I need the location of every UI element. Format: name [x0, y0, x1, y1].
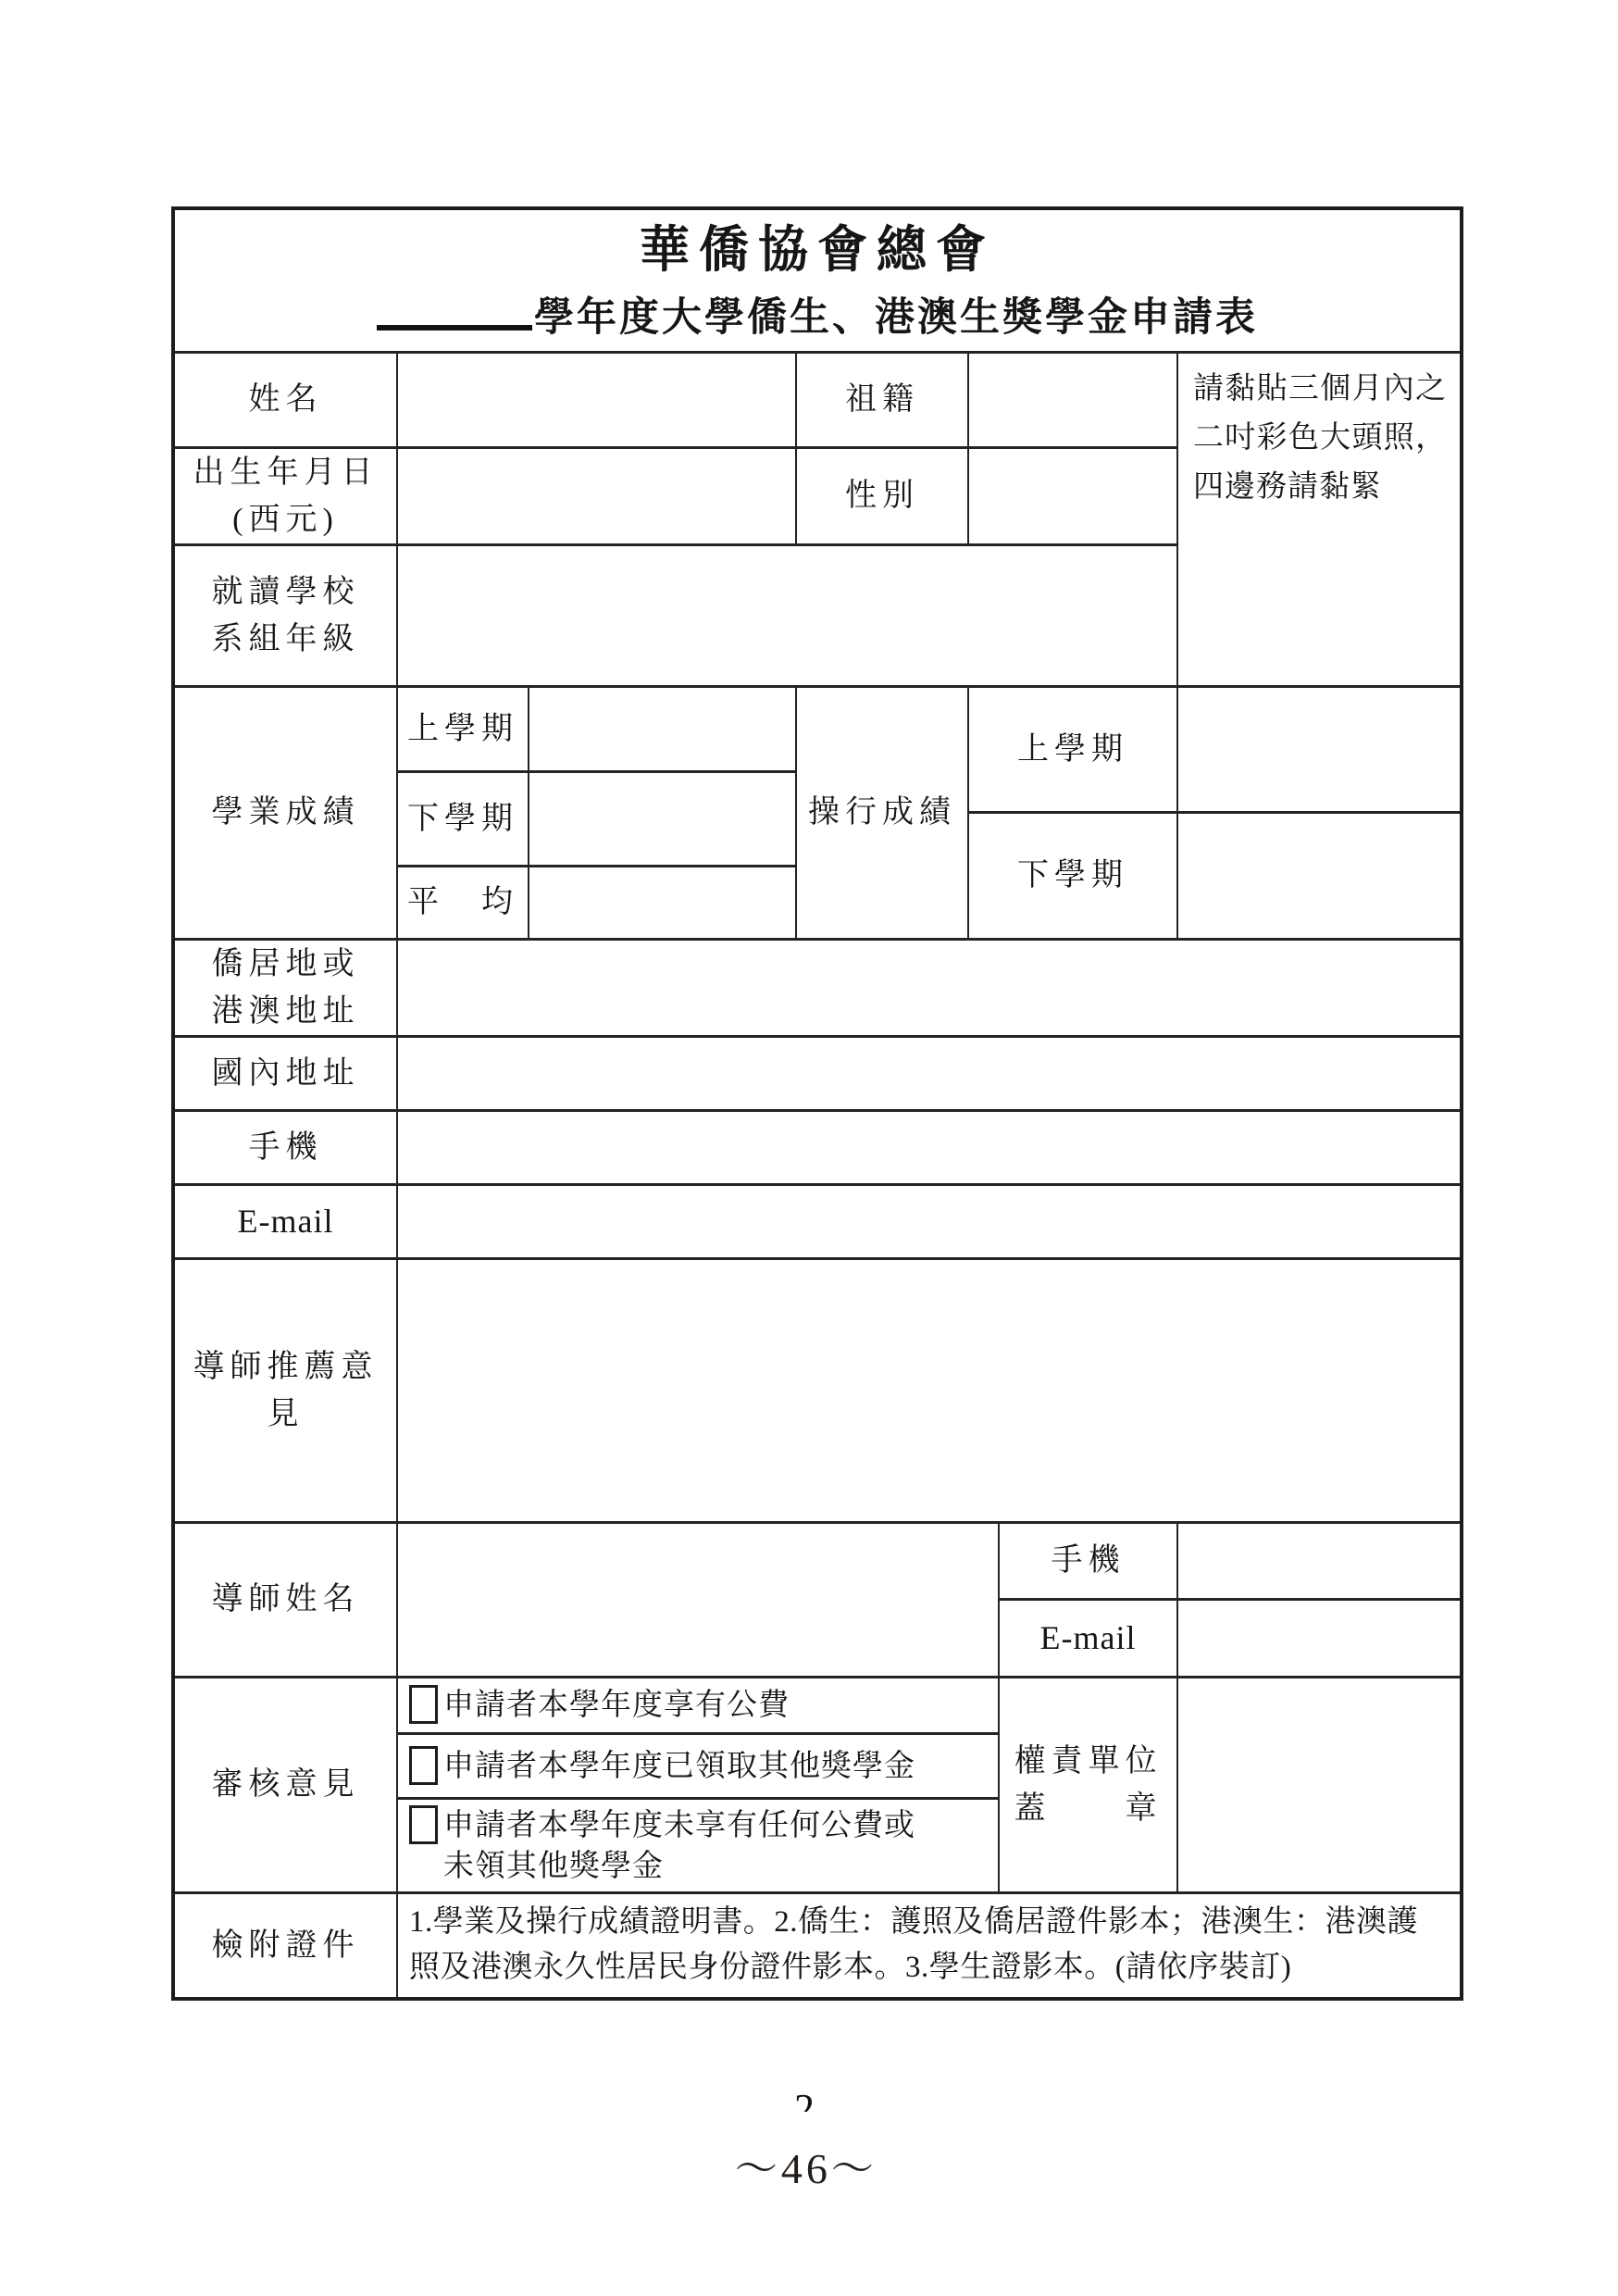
- advisor-recommendation-label: 導師推薦意見: [173, 1258, 397, 1522]
- review-option-3-label: 申請者本學年度未享有任何公費或未領其他獎學金: [443, 1803, 927, 1888]
- ancestral-home-value-cell[interactable]: [968, 352, 1177, 447]
- conduct-sem1-value-cell[interactable]: [1177, 686, 1462, 812]
- conduct-grades-label: 操行成績: [796, 686, 968, 939]
- conduct-sem2-label: 下學期: [968, 812, 1177, 939]
- review-option-2-checkbox[interactable]: [409, 1746, 438, 1785]
- stamp-label: 權責單位 蓋 章: [999, 1677, 1177, 1892]
- name-value-cell[interactable]: [397, 352, 796, 447]
- domestic-address-label: 國內地址: [173, 1036, 397, 1110]
- conduct-sem2-value-cell[interactable]: [1177, 812, 1462, 939]
- review-option-1-cell: 申請者本學年度享有公費: [397, 1677, 999, 1733]
- academic-grades-label: 學業成績: [173, 686, 397, 939]
- advisor-recommendation-value-cell[interactable]: [397, 1258, 1462, 1522]
- academic-average-value-cell[interactable]: [529, 866, 796, 939]
- review-option-3-checkbox[interactable]: [409, 1805, 438, 1844]
- advisor-mobile-label: 手機: [999, 1522, 1177, 1599]
- attachments-label: 檢附證件: [173, 1892, 397, 1999]
- email-value-cell[interactable]: [397, 1184, 1462, 1258]
- scholarship-application-form: 華僑協會總會 學年度大學僑生、港澳生獎學金申請表 姓名 祖籍 請黏貼三個月內之二…: [171, 206, 1463, 2001]
- birth-date-label: 出生年月日 (西元): [173, 447, 397, 544]
- academic-sem1-label: 上學期: [397, 686, 529, 771]
- attachments-note: 1.學業及操行成績證明書。2.僑生：護照及僑居證件影本；港澳生：港澳護照及港澳永…: [409, 1900, 1449, 1991]
- ancestral-home-label: 祖籍: [796, 352, 968, 447]
- review-option-2-cell: 申請者本學年度已領取其他獎學金: [397, 1733, 999, 1798]
- year-blank-underline[interactable]: [377, 325, 532, 331]
- form-title: 學年度大學僑生、港澳生獎學金申請表: [175, 286, 1460, 343]
- org-title: 華僑協會總會: [175, 221, 1460, 279]
- advisor-email-label: E-mail: [999, 1599, 1177, 1677]
- overseas-address-label: 僑居地或 港澳地址: [173, 939, 397, 1036]
- stray-digit: 2: [794, 2089, 826, 2112]
- review-option-2-label: 申請者本學年度已領取其他獎學金: [443, 1744, 915, 1788]
- gender-label: 性別: [796, 447, 968, 544]
- advisor-name-value-cell[interactable]: [397, 1522, 999, 1677]
- overseas-address-value-cell[interactable]: [397, 939, 1462, 1036]
- email-label: E-mail: [173, 1184, 397, 1258]
- birth-date-value-cell[interactable]: [397, 447, 796, 544]
- form-title-text: 學年度大學僑生、港澳生獎學金申請表: [534, 296, 1258, 340]
- photo-instruction: 請黏貼三個月內之二吋彩色大頭照，四邊務請黏緊: [1178, 354, 1460, 513]
- school-label: 就讀學校 系組年級: [173, 544, 397, 686]
- review-option-1-checkbox[interactable]: [409, 1685, 438, 1724]
- page-number: ～46～: [735, 2135, 877, 2196]
- conduct-sem1-label: 上學期: [968, 686, 1177, 812]
- mobile-label: 手機: [173, 1110, 397, 1184]
- form-header: 華僑協會總會 學年度大學僑生、港澳生獎學金申請表: [173, 208, 1462, 352]
- school-value-cell[interactable]: [397, 544, 1177, 686]
- review-opinion-label: 審核意見: [173, 1677, 397, 1892]
- review-option-2: 申請者本學年度已領取其他獎學金: [409, 1744, 990, 1788]
- gender-value-cell[interactable]: [968, 447, 1177, 544]
- academic-sem2-label: 下學期: [397, 771, 529, 866]
- review-option-1-label: 申請者本學年度享有公費: [443, 1683, 790, 1727]
- review-option-1: 申請者本學年度享有公費: [409, 1683, 990, 1727]
- document-page: { "header": { "org": "華僑協會總會", "title": …: [0, 0, 1618, 2296]
- photo-paste-area: 請黏貼三個月內之二吋彩色大頭照，四邊務請黏緊: [1177, 352, 1462, 686]
- domestic-address-value-cell[interactable]: [397, 1036, 1462, 1110]
- stamp-area-cell[interactable]: [1177, 1677, 1462, 1892]
- name-label: 姓名: [173, 352, 397, 447]
- academic-sem1-value-cell[interactable]: [529, 686, 796, 771]
- attachments-note-cell: 1.學業及操行成績證明書。2.僑生：護照及僑居證件影本；港澳生：港澳護照及港澳永…: [397, 1892, 1462, 1999]
- mobile-value-cell[interactable]: [397, 1110, 1462, 1184]
- advisor-mobile-value-cell[interactable]: [1177, 1522, 1462, 1599]
- review-option-3: 申請者本學年度未享有任何公費或未領其他獎學金: [409, 1803, 990, 1888]
- form-sheet: 華僑協會總會 學年度大學僑生、港澳生獎學金申請表 姓名 祖籍 請黏貼三個月內之二…: [0, 0, 1618, 2296]
- academic-average-label: 平 均: [397, 866, 529, 939]
- advisor-name-label: 導師姓名: [173, 1522, 397, 1677]
- academic-sem2-value-cell[interactable]: [529, 771, 796, 866]
- advisor-email-value-cell[interactable]: [1177, 1599, 1462, 1677]
- review-option-3-cell: 申請者本學年度未享有任何公費或未領其他獎學金: [397, 1798, 999, 1892]
